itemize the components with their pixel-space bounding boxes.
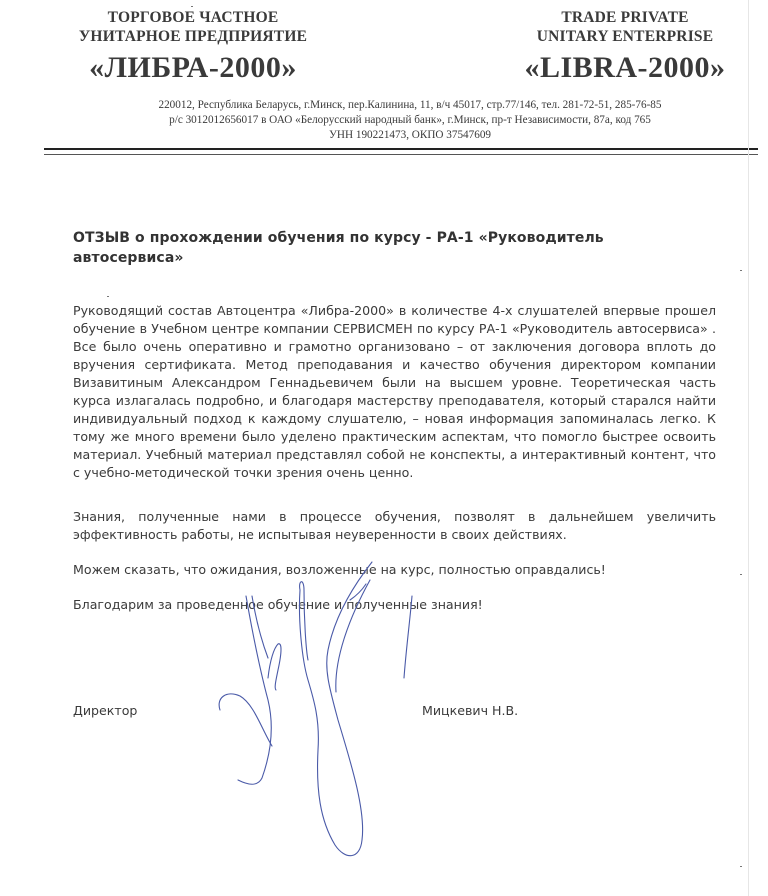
scan-speck [740, 574, 742, 575]
company-address-block: 220012, Республика Беларусь, г.Минск, пе… [60, 98, 760, 143]
scan-speck [107, 296, 109, 297]
letterhead-divider-thin [44, 154, 758, 155]
letterhead-english: TRADE PRIVATE UNITARY ENTERPRISE «LIBRA-… [518, 8, 732, 86]
company-type-line-1: ТОРГОВОЕ ЧАСТНОЕ [62, 8, 324, 27]
scan-speck [740, 866, 742, 867]
registration-line: УНН 190221473, ОКПО 37547609 [60, 128, 760, 143]
document-title: ОТЗЫВ о прохождении обучения по курсу - … [73, 228, 713, 268]
paragraph-thanks: Благодарим за проведенное обучение и пол… [73, 596, 716, 614]
company-brand-russian: «ЛИБРА-2000» [62, 50, 324, 86]
paragraph-review: Руководящий состав Автоцентра «Либра-200… [73, 302, 716, 482]
company-type-line-1-en: TRADE PRIVATE [518, 8, 732, 27]
scan-edge-line [748, 0, 749, 896]
company-type-line-2: УНИТАРНОЕ ПРЕДПРИЯТИЕ [62, 27, 324, 46]
paragraph-knowledge: Знания, полученные нами в процессе обуче… [73, 508, 716, 544]
scan-speck [191, 6, 193, 7]
letterhead: ТОРГОВОЕ ЧАСТНОЕ УНИТАРНОЕ ПРЕДПРИЯТИЕ «… [0, 0, 768, 160]
signatory-role: Директор [73, 703, 137, 718]
scan-speck [740, 270, 742, 271]
address-line: 220012, Республика Беларусь, г.Минск, пе… [60, 98, 760, 113]
letterhead-russian: ТОРГОВОЕ ЧАСТНОЕ УНИТАРНОЕ ПРЕДПРИЯТИЕ «… [62, 8, 324, 86]
letterhead-divider-thick [44, 148, 758, 150]
company-brand-english: «LIBRA-2000» [518, 50, 732, 86]
company-type-line-2-en: UNITARY ENTERPRISE [518, 27, 732, 46]
bank-details-line: р/с 3012012656017 в ОАО «Белорусский нар… [60, 113, 760, 128]
paragraph-expectations: Можем сказать, что ожидания, возложенные… [73, 561, 716, 579]
signatory-name: Мицкевич Н.В. [422, 703, 518, 718]
